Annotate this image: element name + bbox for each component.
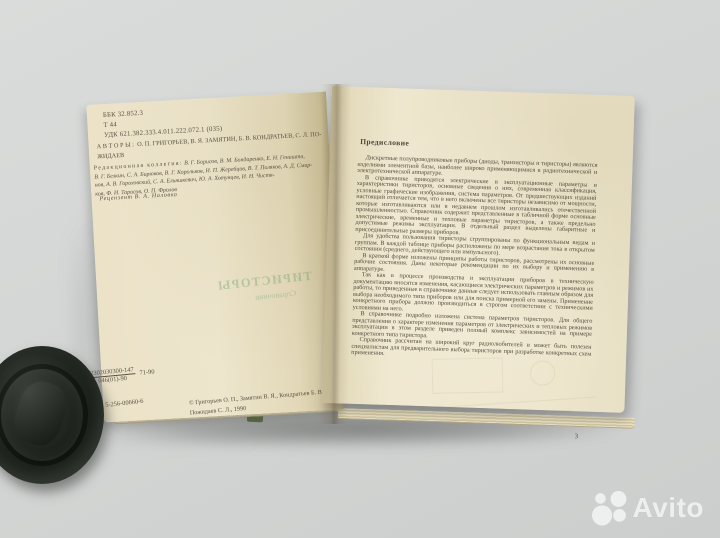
print-code-suffix: 71-90 xyxy=(139,368,154,376)
figure-showthrough xyxy=(411,339,604,435)
title-showthrough: ТИРИСТОРЫ Справочник xyxy=(235,269,313,304)
avito-logo-icon xyxy=(592,490,628,526)
authors-line-2: ЖИДАЕВ xyxy=(97,152,124,161)
preface-paragraph: В справочнике приводятся электрические и… xyxy=(355,174,597,240)
avito-watermark: Avito xyxy=(592,490,704,526)
preface-heading: Предисловие xyxy=(360,137,598,154)
photo-scene: ББК 32.852.3 Т 44 УДК 621.382.333.4.011.… xyxy=(0,0,720,538)
page-number: 3 xyxy=(574,432,578,440)
authors-label: АВТОРЫ: xyxy=(96,141,135,150)
copyright-line-2: Пожидаев С. Л., 1990 xyxy=(190,405,247,417)
preface-text-block: Предисловие Дискретные полупроводниковые… xyxy=(351,137,598,364)
left-page: ББК 32.852.3 Т 44 УДК 621.382.333.4.011.… xyxy=(86,92,343,423)
right-page: Предисловие Дискретные полупроводниковые… xyxy=(321,86,634,413)
copyright-line-1: © Григорьев О. П., Замятин В. Я., Кондра… xyxy=(189,388,325,406)
catalog-codes: ББК 32.852.3 Т 44 УДК 621.382.333.4.011.… xyxy=(103,104,223,140)
avito-wordmark: Avito xyxy=(633,492,704,524)
